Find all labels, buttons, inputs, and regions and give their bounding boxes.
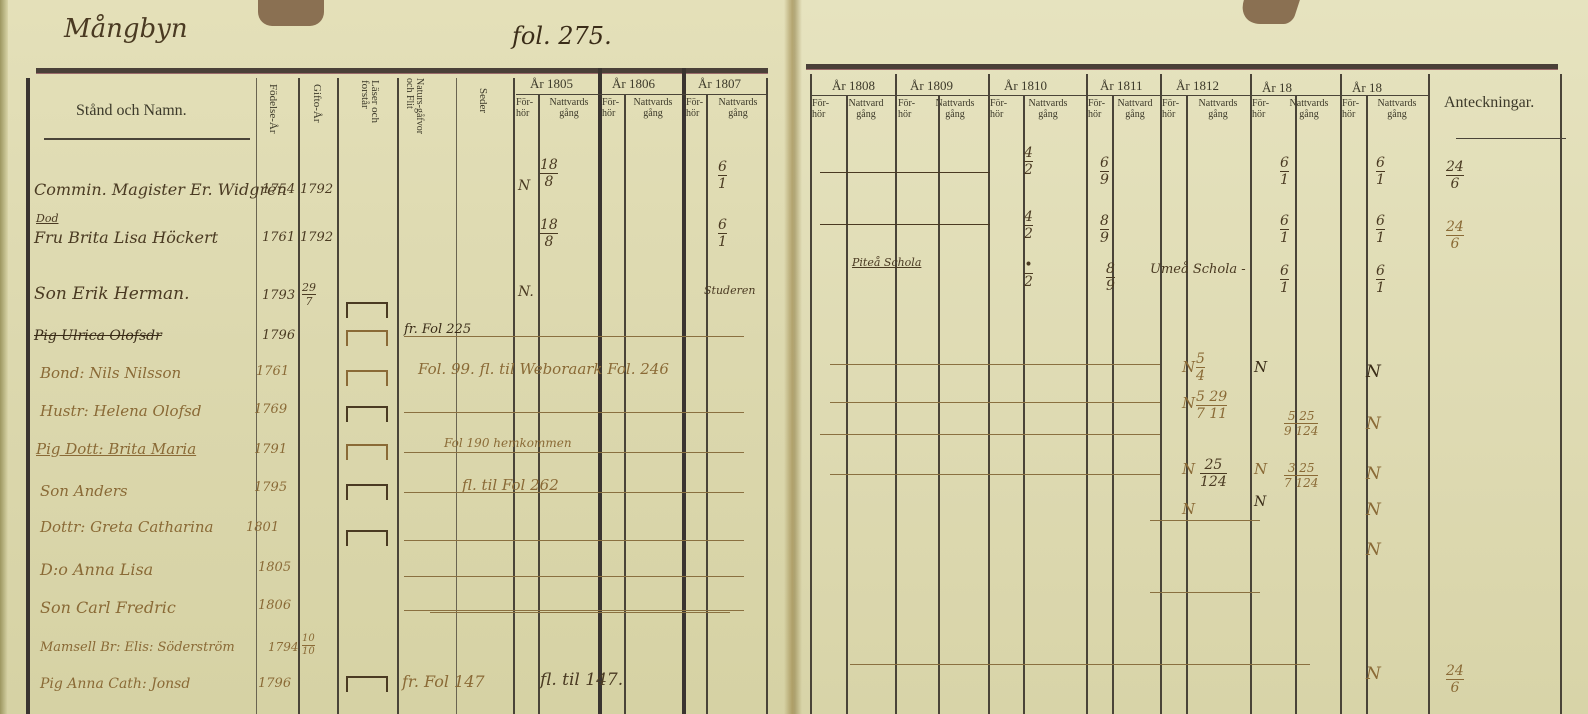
row-birth: 1791 xyxy=(254,442,287,457)
col-divider xyxy=(938,96,940,714)
mark-1811-r1: 69 xyxy=(1100,156,1109,187)
year-divider xyxy=(1086,74,1088,714)
mark-1810-r1: 42 xyxy=(1024,146,1033,177)
row-marriage-date: 1010 xyxy=(302,634,315,657)
header-underline xyxy=(516,94,766,95)
column-header-marriage-year: Gifto-År xyxy=(312,84,322,134)
mark-18a-N: N xyxy=(1254,460,1267,478)
column-header-reading: Läser och forstår xyxy=(360,80,380,136)
mark-1811-r2: 89 xyxy=(1100,214,1109,245)
mark-1810-r3: •2 xyxy=(1024,258,1033,289)
year-header-1805: År 1805 xyxy=(530,76,573,92)
row-line xyxy=(404,610,744,611)
row-line xyxy=(830,364,1160,365)
book-gutter xyxy=(784,0,802,714)
note-from-folio: fr. Fol 225 xyxy=(404,322,471,337)
forhor-label: För-hör xyxy=(812,98,832,120)
year-divider xyxy=(1160,74,1162,714)
row-name: Son Carl Fredric xyxy=(40,598,176,617)
col-divider xyxy=(1295,96,1297,714)
row-marriage-date: 297 xyxy=(302,282,316,307)
mark-18a-r1: 61 xyxy=(1280,156,1289,187)
col-divider xyxy=(256,78,257,714)
forhor-label: För-hör xyxy=(898,98,920,120)
forhor-label: För-hör xyxy=(602,97,622,119)
mark-1807-r2: 61 xyxy=(718,218,727,249)
right-border xyxy=(1560,74,1562,714)
page-tab-marker-left xyxy=(258,0,324,26)
row-line xyxy=(830,474,1160,475)
reading-mark xyxy=(346,444,388,460)
book-edge xyxy=(0,0,8,714)
mark-18b-N: N xyxy=(1366,664,1381,684)
nattvard-label: Nattvards gång xyxy=(710,97,766,119)
row-birth: 1795 xyxy=(254,480,287,495)
year-divider xyxy=(1428,74,1430,714)
row-birth: 1769 xyxy=(254,402,287,417)
column-header-name: Stånd och Namn. xyxy=(76,102,187,120)
mark-N: N xyxy=(518,178,530,194)
col-divider xyxy=(337,78,339,714)
nattvard-label: Nattvards gång xyxy=(1018,98,1078,120)
row-line xyxy=(830,402,1160,403)
row-name-prefix: Dod xyxy=(36,212,58,225)
row-name: Fru Brita Lisa Höckert xyxy=(34,228,218,247)
year-divider xyxy=(988,74,990,714)
row-birth: 1761 xyxy=(256,364,289,379)
note-from-folio: fr. Fol 147 xyxy=(402,672,485,691)
mark-1812-r5: 54 xyxy=(1196,352,1205,383)
mark-1805-r2: 188 xyxy=(540,218,558,249)
reading-mark xyxy=(346,406,388,422)
row-birth: 1754 xyxy=(262,182,295,197)
top-rule-left xyxy=(36,68,768,74)
row-name: Son Anders xyxy=(40,482,128,500)
row-line xyxy=(850,664,1310,665)
year-header-1811: År 1811 xyxy=(1100,78,1143,94)
nattvard-label: Nattvards gång xyxy=(1190,98,1246,120)
row-name: Pig Ulrica Olofsdr xyxy=(34,328,162,344)
nattvard-label: Nattvard gång xyxy=(1112,98,1158,120)
mark-1812-N: N xyxy=(1182,500,1195,518)
forhor-label: För-hör xyxy=(1342,98,1364,120)
year-divider xyxy=(1340,74,1342,714)
year-divider xyxy=(895,74,897,714)
nattvard-label: Nattvards gång xyxy=(1370,98,1424,120)
row-marriage: 1792 xyxy=(300,230,333,245)
column-header-birth-year: Födelse-År xyxy=(268,84,278,134)
col-divider xyxy=(513,78,515,714)
left-border-right-page xyxy=(810,74,812,714)
nattvard-label: Nattvards gång xyxy=(1282,98,1336,120)
forhor-label: För-hör xyxy=(1162,98,1182,120)
col-divider xyxy=(397,78,399,714)
header-underline xyxy=(44,138,250,140)
row-line xyxy=(404,452,744,453)
row-birth: 1805 xyxy=(258,560,291,575)
column-header-natural-gifts: Naturs-gåfvor och Flit xyxy=(404,78,424,138)
nattvard-label: Nattvards gång xyxy=(926,98,984,120)
row-line xyxy=(404,540,744,541)
folio-number: fol. 275. xyxy=(512,22,612,50)
mark-1812-N: N xyxy=(1182,460,1195,478)
row-name: Dottr: Greta Catharina xyxy=(40,518,214,536)
note-moved: fl. til 147. xyxy=(540,670,623,690)
mark-18b-N: N xyxy=(1366,500,1381,520)
year-header-1808: År 1808 xyxy=(832,78,875,94)
col-divider xyxy=(298,78,300,714)
row-line xyxy=(1150,592,1260,593)
note-pitea-school: Piteå Schola xyxy=(852,256,921,269)
row-name: Pig Anna Cath: Jonsd xyxy=(40,676,190,692)
mark-18a-r2: 61 xyxy=(1280,214,1289,245)
row-name: Son Erik Herman. xyxy=(34,284,190,304)
year-header-1809: År 1809 xyxy=(910,78,953,94)
col-divider xyxy=(456,78,457,714)
row-name: Mamsell Br: Elis: Söderström xyxy=(40,640,235,655)
col-divider xyxy=(624,95,626,714)
row-birth: 1796 xyxy=(258,676,291,691)
nattvard-label: Nattvards gång xyxy=(626,97,680,119)
year-header-18a: År 18 xyxy=(1262,80,1292,96)
row-birth: 1761 xyxy=(262,230,295,245)
row-line xyxy=(404,412,744,413)
mark-1812-N: N xyxy=(1182,394,1195,412)
row-birth: 1793 xyxy=(262,288,295,303)
forhor-label: För-hör xyxy=(1088,98,1108,120)
col-divider xyxy=(1366,96,1368,714)
forhor-label: För-hör xyxy=(990,98,1012,120)
row-line xyxy=(820,434,1160,435)
row-name: Bond: Nils Nilsson xyxy=(40,364,181,382)
mark-18b-r1: 61 xyxy=(1376,156,1385,187)
mark-18a-r3: 61 xyxy=(1280,264,1289,295)
mark-18b-N: N xyxy=(1366,464,1381,484)
row-birth: 1796 xyxy=(262,328,295,343)
row-line xyxy=(404,492,744,493)
notes-header: Anteckningar. xyxy=(1444,94,1534,112)
year-divider xyxy=(1250,74,1252,714)
year-header-1812: År 1812 xyxy=(1176,78,1219,94)
forhor-label: För-hör xyxy=(686,97,706,119)
mark-18a-N: N xyxy=(1254,358,1267,376)
mark-1805-r3: N. xyxy=(518,284,534,300)
mark-18a-r7: 5 259 124 xyxy=(1284,410,1318,437)
mark-18b-r2: 61 xyxy=(1376,214,1385,245)
note-moved: Fol. 99. fl. til Weboraark Fol. 246 xyxy=(418,360,669,378)
row-name: Pig Dott: Brita Maria xyxy=(36,440,196,458)
mark-18b-N: N xyxy=(1366,362,1381,382)
year-header-1807: År 1807 xyxy=(698,76,741,92)
row-birth: 1794 xyxy=(268,640,299,654)
column-header-morals: Seder xyxy=(478,88,488,128)
header-underline xyxy=(1456,138,1566,139)
reading-mark xyxy=(346,676,388,692)
forhor-label: För-hör xyxy=(516,97,536,119)
row-line xyxy=(404,336,744,337)
reading-mark xyxy=(346,484,388,500)
year-divider xyxy=(682,68,686,714)
right-border-left-page xyxy=(766,78,768,714)
mark-1812-N: N xyxy=(1182,358,1195,376)
reading-mark xyxy=(346,330,388,346)
reading-mark xyxy=(346,530,388,546)
row-line xyxy=(430,612,730,613)
village-name: Mångbyn xyxy=(64,14,188,44)
row-line xyxy=(820,224,990,225)
left-border xyxy=(26,78,30,714)
mark-18b-N: N xyxy=(1366,540,1381,560)
header-underline xyxy=(812,95,1428,96)
row-line xyxy=(820,172,990,173)
year-divider xyxy=(598,68,602,714)
row-name: Hustr: Helena Olofsd xyxy=(40,402,201,420)
year-header-1806: År 1806 xyxy=(612,76,655,92)
note-umea-school: Umeå Schola - xyxy=(1150,262,1246,277)
reading-mark xyxy=(346,302,388,318)
forhor-label: För-hör xyxy=(1252,98,1274,120)
year-header-1810: År 1810 xyxy=(1004,78,1047,94)
mark-1812-r6: 5 297 11 xyxy=(1196,390,1227,421)
mark-1812-r8: 25124 xyxy=(1200,458,1227,489)
nattvard-label: Nattvards gång xyxy=(542,97,596,119)
col-divider xyxy=(706,95,708,714)
mark-1810-r2: 42 xyxy=(1024,210,1033,241)
row-birth: 1801 xyxy=(246,520,279,535)
mark-1811-r3: 89 xyxy=(1106,262,1115,293)
mark-18b-r3: 61 xyxy=(1376,264,1385,295)
note-r2: 246 xyxy=(1446,220,1464,251)
note-r1: 246 xyxy=(1446,160,1464,191)
year-header-18b: År 18 xyxy=(1352,80,1382,96)
col-divider xyxy=(1023,96,1025,714)
row-line xyxy=(1150,520,1260,521)
reading-mark xyxy=(346,370,388,386)
row-marriage: 1792 xyxy=(300,182,333,197)
col-divider xyxy=(846,96,848,714)
mark-18a-N: N xyxy=(1254,494,1266,510)
note-last: 246 xyxy=(1446,664,1464,695)
mark-1807-r1: 61 xyxy=(718,160,727,191)
note-returned: Fol 190 hemkommen xyxy=(444,436,572,450)
row-name: D:o Anna Lisa xyxy=(40,560,153,579)
col-divider xyxy=(1112,96,1114,714)
row-birth: 1806 xyxy=(258,598,291,613)
top-rule-right xyxy=(806,64,1558,70)
row-name: Commin. Magister Er. Widgren xyxy=(34,180,287,199)
note-studeren: Studeren xyxy=(704,284,755,297)
mark-18a-r8: 3 257 124 xyxy=(1284,462,1318,489)
mark-1805-r1: 188 xyxy=(540,158,558,189)
row-line xyxy=(404,576,744,577)
mark-18b-N: N xyxy=(1366,414,1381,434)
